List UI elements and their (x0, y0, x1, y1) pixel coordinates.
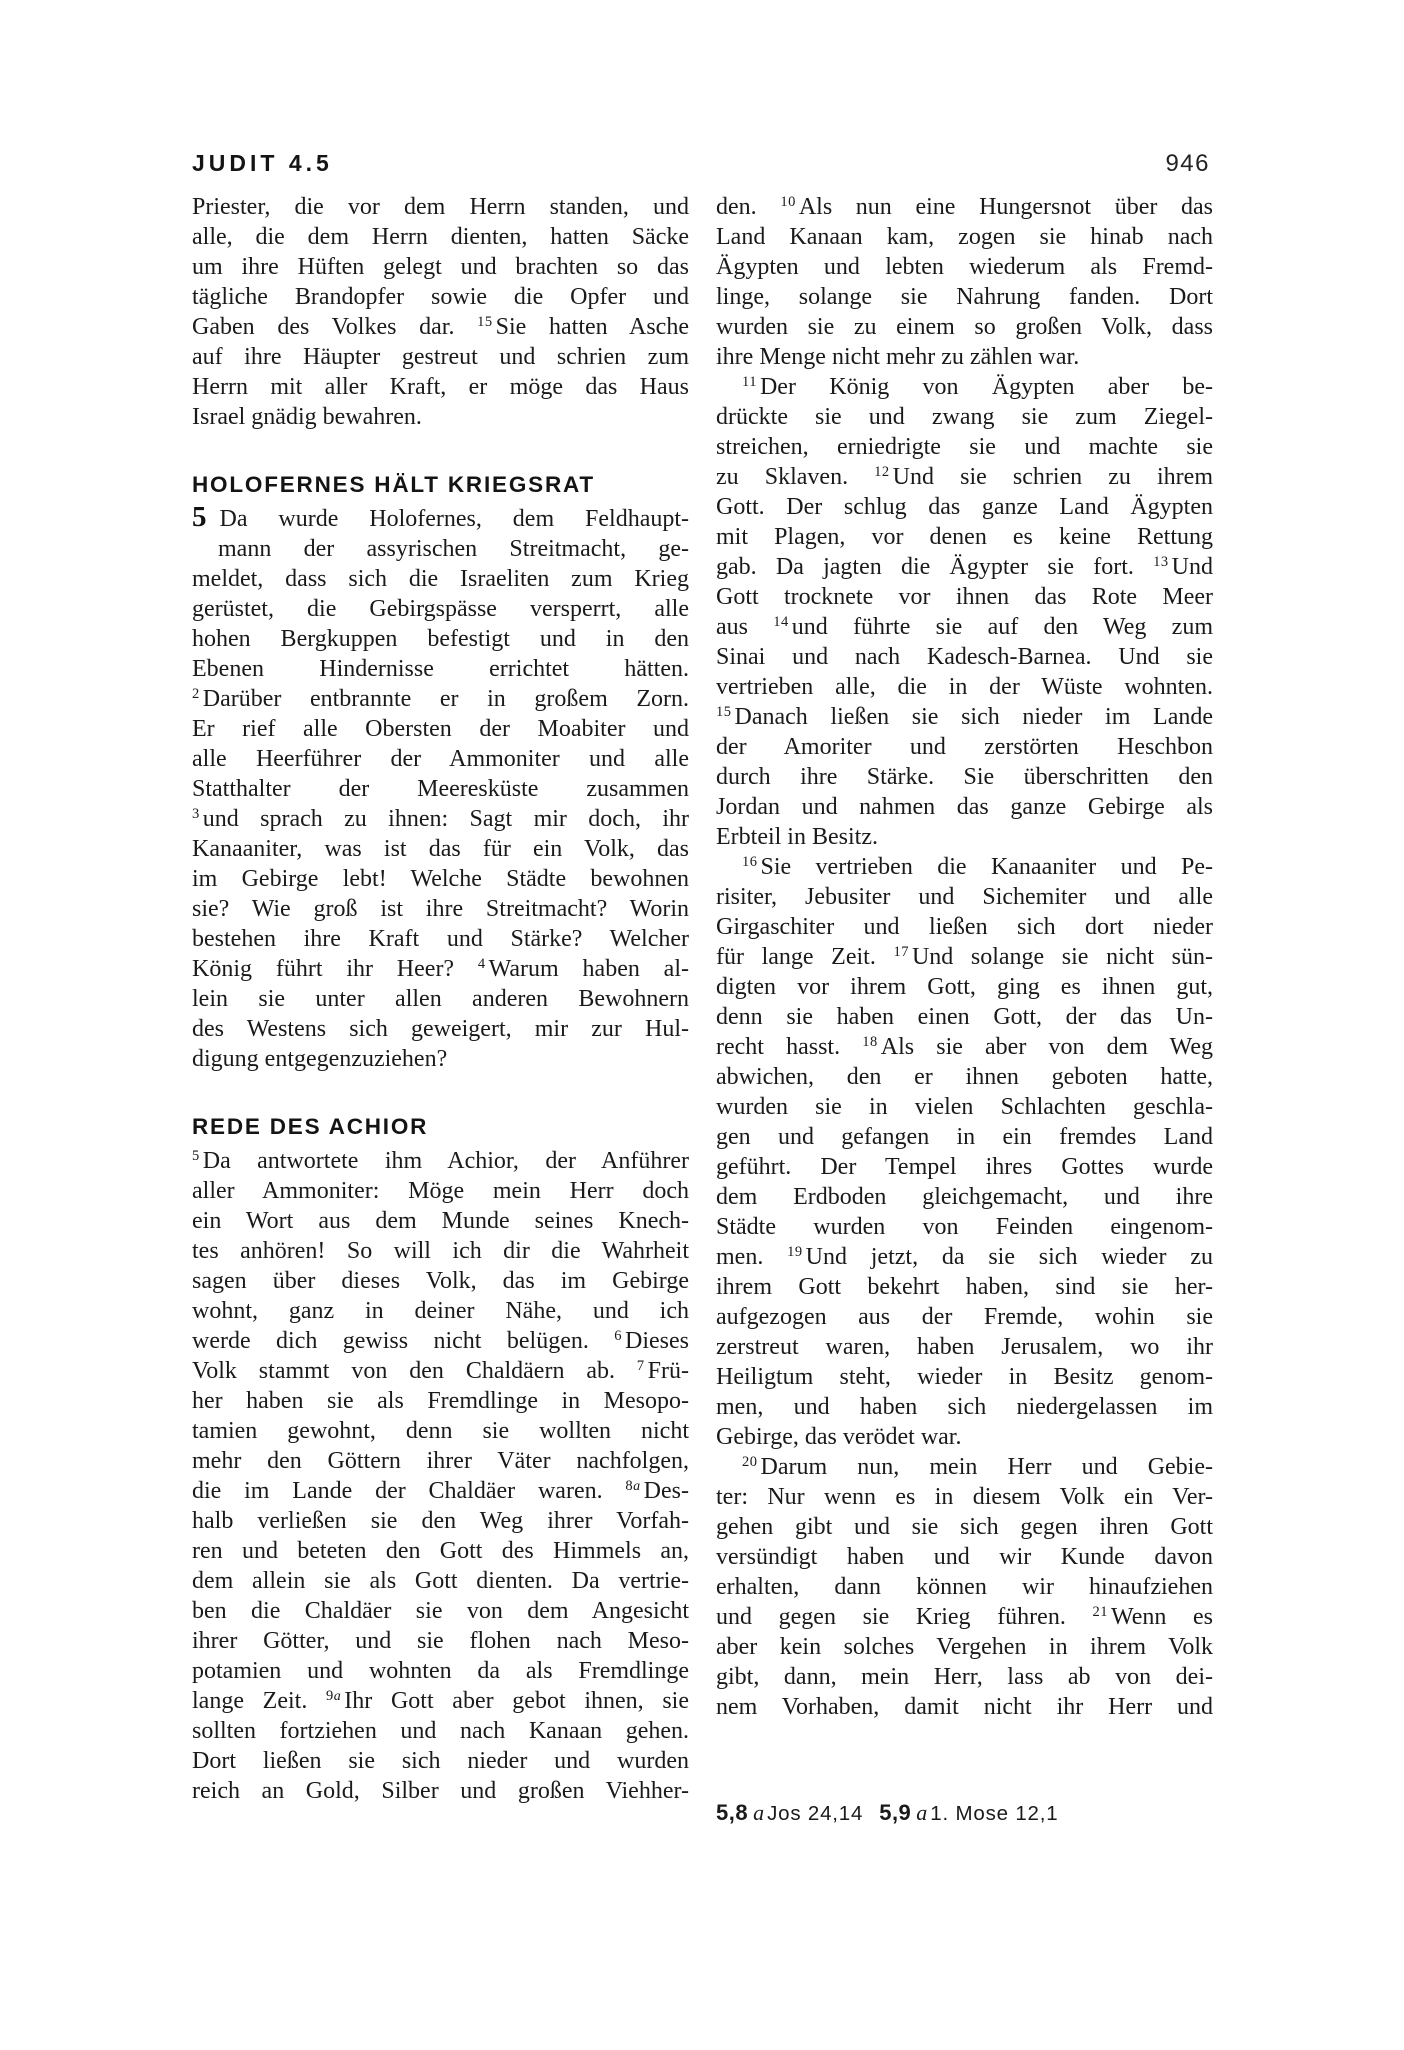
text-line: alle, die dem Herrn dienten, hatten Säck… (192, 222, 689, 252)
verse-number: 15 (477, 314, 493, 330)
paragraph: 5Da antwortete ihm Achior, der Anführera… (192, 1146, 689, 1806)
text-line: König führt ihr Heer? 4Warum haben al- (192, 954, 689, 984)
text-line: Kanaaniter, was ist das für ein Volk, da… (192, 834, 689, 864)
text-line: 3und sprach zu ihnen: Sagt mir doch, ihr (192, 804, 689, 834)
text-line: Heiligtum steht, wieder in Besitz genom- (716, 1362, 1213, 1392)
footnote-marker: a (633, 1479, 641, 1494)
text-line: Volk stammt von den Chaldäern ab. 7Frü- (192, 1356, 689, 1386)
footnotes: 5,8aJos 24,145,9a1. Mose 12,1 (716, 1800, 1216, 1827)
text-line: ihrer Götter, und sie flohen nach Meso- (192, 1626, 689, 1656)
text-line: Städte wurden von Feinden eingenom- (716, 1212, 1213, 1242)
text-line: 5Da wurde Holofernes, dem Feldhaupt- (192, 504, 689, 534)
text-line: denn sie haben einen Gott, der das Un- (716, 1002, 1213, 1032)
text-line: hohen Bergkuppen befestigt und in den (192, 624, 689, 654)
text-line: Er rief alle Obersten der Moabiter und (192, 714, 689, 744)
text-line: Priester, die vor dem Herrn standen, und (192, 192, 689, 222)
verse-number: 11 (742, 374, 757, 390)
text-line: drückte sie und zwang sie zum Ziegel- (716, 402, 1213, 432)
text-line: Land Kanaan kam, zogen sie hinab nach (716, 222, 1213, 252)
footnote-verse: 5,9 (879, 1800, 911, 1825)
verse-number: 16 (742, 854, 758, 870)
text-line: men. 19Und jetzt, da sie sich wieder zu (716, 1242, 1213, 1272)
verse-number: 14 (773, 614, 789, 630)
verse-number: 3 (192, 806, 200, 822)
verse-number: 7 (637, 1358, 645, 1374)
text-line: sie? Wie groß ist ihre Streitmacht? Wori… (192, 894, 689, 924)
text-line: mehr den Göttern ihrer Väter nachfolgen, (192, 1446, 689, 1476)
section-heading: HOLOFERNES HÄLT KRIEGSRAT (192, 472, 689, 498)
footnote-letter: a (916, 1800, 927, 1825)
verse-number: 4 (478, 956, 486, 972)
chapter-number: 5 (192, 501, 207, 533)
text-line: potamien und wohnten da als Fremdlinge (192, 1656, 689, 1686)
text-line: des Westens sich geweigert, mir zur Hul- (192, 1014, 689, 1044)
text-column-left: Priester, die vor dem Herrn standen, und… (192, 192, 689, 1806)
text-line: streichen, erniedrigte sie und machte si… (716, 432, 1213, 462)
paragraph: Priester, die vor dem Herrn standen, und… (192, 192, 689, 432)
text-line: auf ihre Häupter gestreut und schrien zu… (192, 342, 689, 372)
text-line: reich an Gold, Silber und großen Viehher… (192, 1776, 689, 1806)
verse-number: 13 (1153, 554, 1169, 570)
text-line: gab. Da jagten die Ägypter sie fort. 13U… (716, 552, 1213, 582)
paragraph: 20Darum nun, mein Herr und Gebie-ter: Nu… (716, 1452, 1213, 1722)
text-line: Erbteil in Besitz. (716, 822, 1213, 852)
text-line: im Gebirge lebt! Welche Städte bewohnen (192, 864, 689, 894)
text-line: ben die Chaldäer sie von dem Angesicht (192, 1596, 689, 1626)
text-line: gen und gefangen in ein fremdes Land (716, 1122, 1213, 1152)
text-line: lein sie unter allen anderen Bewohnern (192, 984, 689, 1014)
text-line: mann der assyrischen Streitmacht, ge- (192, 534, 689, 564)
text-line: ihrem Gott bekehrt haben, sind sie her- (716, 1272, 1213, 1302)
verse-number: 9a (326, 1688, 341, 1704)
footnote-entry: 5,9a1. Mose 12,1 (879, 1802, 1058, 1825)
text-line: dem Erdboden gleichgemacht, und ihre (716, 1182, 1213, 1212)
text-line: digung entgegenzuziehen? (192, 1044, 689, 1074)
text-line: lange Zeit. 9aIhr Gott aber gebot ihnen,… (192, 1686, 689, 1716)
text-line: werde dich gewiss nicht belügen. 6Dieses (192, 1326, 689, 1356)
text-line: ren und beteten den Gott des Himmels an, (192, 1536, 689, 1566)
verse-number: 17 (893, 944, 909, 960)
verse-number: 6 (614, 1328, 622, 1344)
text-line: tamien gewohnt, denn sie wollten nicht (192, 1416, 689, 1446)
text-line: zerstreut waren, haben Jerusalem, wo ihr (716, 1332, 1213, 1362)
text-line: wurden sie zu einem so großen Volk, dass (716, 312, 1213, 342)
text-line: Statthalter der Meeresküste zusammen (192, 774, 689, 804)
text-line: und gegen sie Krieg führen. 21Wenn es (716, 1602, 1213, 1632)
text-column-right: den. 10Als nun eine Hungersnot über dasL… (716, 192, 1213, 1722)
text-line: bestehen ihre Kraft und Stärke? Welcher (192, 924, 689, 954)
text-line: dem allein sie als Gott dienten. Da vert… (192, 1566, 689, 1596)
text-line: 20Darum nun, mein Herr und Gebie- (716, 1452, 1213, 1482)
text-line: recht hasst. 18Als sie aber von dem Weg (716, 1032, 1213, 1062)
text-line: der Amoriter und zerstörten Heschbon (716, 732, 1213, 762)
text-line: sagen über dieses Volk, das im Gebirge (192, 1266, 689, 1296)
text-line: her haben sie als Fremdlinge in Mesopo- (192, 1386, 689, 1416)
text-line: 16Sie vertrieben die Kanaaniter und Pe- (716, 852, 1213, 882)
text-line: Gaben des Volkes dar. 15Sie hatten Asche (192, 312, 689, 342)
verse-number: 2 (192, 686, 200, 702)
text-line: 5Da antwortete ihm Achior, der Anführer (192, 1146, 689, 1176)
paragraph: den. 10Als nun eine Hungersnot über dasL… (716, 192, 1213, 372)
text-line: geführt. Der Tempel ihres Gottes wurde (716, 1152, 1213, 1182)
text-line: aber kein solches Vergehen in ihrem Volk (716, 1632, 1213, 1662)
text-line: 11Der König von Ägypten aber be- (716, 372, 1213, 402)
paragraph: 5Da wurde Holofernes, dem Feldhaupt-mann… (192, 504, 689, 1074)
text-line: erhalten, dann können wir hinaufziehen (716, 1572, 1213, 1602)
text-line: linge, solange sie Nahrung fanden. Dort (716, 282, 1213, 312)
text-line: Gott trocknete vor ihnen das Rote Meer (716, 582, 1213, 612)
verse-number: 18 (862, 1034, 878, 1050)
text-line: Dort ließen sie sich nieder und wurden (192, 1746, 689, 1776)
text-line: Herrn mit aller Kraft, er möge das Haus (192, 372, 689, 402)
verse-number: 15 (716, 704, 732, 720)
text-line: aller Ammoniter: Möge mein Herr doch (192, 1176, 689, 1206)
text-line: vertrieben alle, die in der Wüste wohnte… (716, 672, 1213, 702)
text-line: digten vor ihrem Gott, ging es ihnen gut… (716, 972, 1213, 1002)
footnote-reference: Jos 24,14 (767, 1802, 863, 1825)
text-line: Sinai und nach Kadesch-Barnea. Und sie (716, 642, 1213, 672)
text-line: risiter, Jebusiter und Sichemiter und al… (716, 882, 1213, 912)
footnote-reference: 1. Mose 12,1 (930, 1802, 1058, 1825)
text-line: tägliche Brandopfer sowie die Opfer und (192, 282, 689, 312)
text-line: zu Sklaven. 12Und sie schrien zu ihrem (716, 462, 1213, 492)
text-line: gehen gibt und sie sich gegen ihren Gott (716, 1512, 1213, 1542)
text-line: halb verließen sie den Weg ihrer Vorfah- (192, 1506, 689, 1536)
text-line: 2Darüber entbrannte er in großem Zorn. (192, 684, 689, 714)
footnote-entry: 5,8aJos 24,14 (716, 1802, 863, 1825)
text-line: Gebirge, das verödet war. (716, 1422, 1213, 1452)
footnote-letter: a (753, 1800, 764, 1825)
text-line: durch ihre Stärke. Sie überschritten den (716, 762, 1213, 792)
page-number: 946 (1165, 151, 1210, 177)
bible-page: JUDIT 4.5 946 Priester, die vor dem Herr… (0, 0, 1404, 2050)
text-line: den. 10Als nun eine Hungersnot über das (716, 192, 1213, 222)
text-line: nem Vorhaben, damit nicht ihr Herr und (716, 1692, 1213, 1722)
paragraph: 16Sie vertrieben die Kanaaniter und Pe-r… (716, 852, 1213, 1452)
text-line: ein Wort aus dem Munde seines Knech- (192, 1206, 689, 1236)
text-line: Girgaschiter und ließen sich dort nieder (716, 912, 1213, 942)
text-line: meldet, dass sich die Israeliten zum Kri… (192, 564, 689, 594)
text-line: Israel gnädig bewahren. (192, 402, 689, 432)
text-line: men, und haben sich niedergelassen im (716, 1392, 1213, 1422)
text-line: ihre Menge nicht mehr zu zählen war. (716, 342, 1213, 372)
text-line: wohnt, ganz in deiner Nähe, und ich (192, 1296, 689, 1326)
text-line: um ihre Hüften gelegt und brachten so da… (192, 252, 689, 282)
text-line: für lange Zeit. 17Und solange sie nicht … (716, 942, 1213, 972)
verse-number: 20 (742, 1454, 758, 1470)
text-line: tes anhören! So will ich dir die Wahrhei… (192, 1236, 689, 1266)
text-line: Gott. Der schlug das ganze Land Ägypten (716, 492, 1213, 522)
running-head-title: JUDIT 4.5 (192, 150, 333, 176)
text-line: Ebenen Hindernisse errichtet hätten. (192, 654, 689, 684)
footnote-verse: 5,8 (716, 1800, 748, 1825)
text-line: sollten fortziehen und nach Kanaan gehen… (192, 1716, 689, 1746)
verse-number: 8a (625, 1478, 640, 1494)
verse-number: 10 (780, 194, 796, 210)
text-line: die im Lande der Chaldäer waren. 8aDes- (192, 1476, 689, 1506)
text-line: mit Plagen, vor denen es keine Rettung (716, 522, 1213, 552)
verse-number: 5 (192, 1148, 200, 1164)
text-line: aufgezogen aus der Fremde, wohin sie (716, 1302, 1213, 1332)
text-line: gerüstet, die Gebirgspässe versperrt, al… (192, 594, 689, 624)
text-line: Jordan und nahmen das ganze Gebirge als (716, 792, 1213, 822)
text-line: gibt, dann, mein Herr, lass ab von dei- (716, 1662, 1213, 1692)
text-line: 15Danach ließen sie sich nieder im Lande (716, 702, 1213, 732)
text-line: versündigt haben und wir Kunde davon (716, 1542, 1213, 1572)
verse-number: 21 (1092, 1604, 1108, 1620)
text-line: Ägypten und lebten wiederum als Fremd- (716, 252, 1213, 282)
verse-number: 12 (874, 464, 890, 480)
paragraph: 11Der König von Ägypten aber be-drückte … (716, 372, 1213, 852)
text-line: alle Heerführer der Ammoniter und alle (192, 744, 689, 774)
text-line: abwichen, den er ihnen geboten hatte, (716, 1062, 1213, 1092)
text-line: aus 14und führte sie auf den Weg zum (716, 612, 1213, 642)
section-heading: REDE DES ACHIOR (192, 1114, 689, 1140)
verse-number: 19 (787, 1244, 803, 1260)
footnote-marker: a (334, 1689, 342, 1704)
text-line: wurden sie in vielen Schlachten geschla- (716, 1092, 1213, 1122)
text-line: ter: Nur wenn es in diesem Volk ein Ver- (716, 1482, 1213, 1512)
